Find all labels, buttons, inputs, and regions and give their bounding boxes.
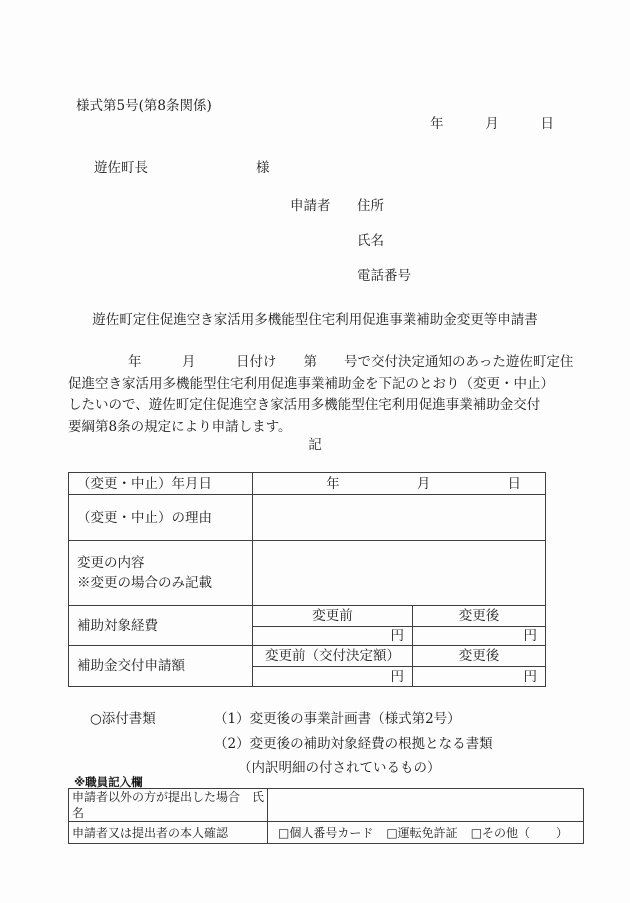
expense-before-unit: 円 (253, 627, 413, 646)
body-paragraph-line-4: 要綱第8条の規定により申請します。 (68, 419, 292, 435)
date-day-label: 日 (541, 116, 555, 132)
date-year-label: 年 (430, 116, 444, 132)
body-paragraph-line-2: 促進空き家活用多機能型住宅利用促進事業補助金を下記のとおり（変更・中止） (68, 376, 554, 392)
row-expense-label: 補助対象経費 (69, 606, 253, 646)
attachment-item-2-note: （内訳明細の付されているもの） (238, 760, 441, 776)
row-date-value-cell: 年 月 日 (253, 473, 546, 495)
attachment-item-2: （2）変更後の補助対象経費の根拠となる書類 (214, 736, 493, 752)
amount-after-header: 変更後 (413, 646, 546, 667)
body-paragraph-line-1: 年 月 日付け 第 号で交付決定通知のあった遊佐町定住 (68, 354, 568, 370)
checkbox-personal-number-card: □個人番号カード (278, 825, 373, 841)
row-reason-label: （変更・中止）の理由 (69, 495, 253, 541)
row-reason-value-cell (253, 495, 546, 541)
addressee-name: 遊佐町長 (94, 160, 148, 176)
date-month-label: 月 (485, 116, 499, 132)
checkbox-drivers-license: □運転免許証 (386, 825, 457, 841)
staff-row2-label: 申請者又は提出者の本人確認 (69, 822, 268, 844)
row-date-label: （変更・中止）年月日 (69, 473, 253, 495)
applicant-name-label: 氏名 (357, 233, 384, 249)
applicant-address-label: 住所 (357, 198, 384, 214)
ki-separator-label: 記 (0, 437, 630, 453)
row-change-label-line1: 変更の内容 (77, 553, 246, 573)
document-page: 様式第5号(第8条関係) 年 月 日 遊佐町長 様 申請者 住所 氏名 電話番号… (0, 0, 630, 903)
staff-row1-label: 申請者以外の方が提出した場合 氏名 (69, 789, 268, 822)
expense-before-header: 変更前 (253, 606, 413, 627)
document-title: 遊佐町定住促進空き家活用多機能型住宅利用促進事業補助金変更等申請書 (10, 312, 620, 328)
row-change-value-cell (253, 541, 546, 606)
amount-before-unit: 円 (253, 667, 413, 687)
attachment-item-1: （1）変更後の事業計画書（様式第2号） (214, 711, 461, 727)
table-date-day-label: 日 (440, 476, 539, 492)
table-date-month-label: 月 (350, 476, 441, 492)
body-paragraph-line-3: したいので、遊佐町定住促進空き家活用多機能型住宅利用促進事業補助金交付 (68, 397, 540, 413)
expense-after-header: 変更後 (413, 606, 546, 627)
staff-entry-table: 申請者以外の方が提出した場合 氏名 申請者又は提出者の本人確認 □個人番号カード… (68, 788, 584, 844)
applicant-phone-label: 電話番号 (357, 268, 411, 284)
amount-after-unit: 円 (413, 667, 546, 687)
checkbox-other-close-paren: ） (556, 825, 580, 841)
expense-after-unit: 円 (413, 627, 546, 646)
staff-row1-value-cell (268, 789, 584, 822)
header-date-line: 年 月 日 (430, 116, 554, 132)
row-amount-label: 補助金交付申請額 (69, 646, 253, 687)
amount-before-header: 変更前（交付決定額） (253, 646, 413, 667)
applicant-label: 申請者 (290, 198, 331, 214)
row-change-label: 変更の内容 ※変更の場合のみ記載 (69, 541, 253, 606)
row-change-label-line2: ※変更の場合のみ記載 (77, 573, 246, 593)
table-date-year-label: 年 (259, 476, 350, 492)
form-number: 様式第5号(第8条関係) (76, 98, 212, 114)
checkbox-other: □その他（ (471, 825, 530, 841)
main-form-table: （変更・中止）年月日 年 月 日 （変更・中止）の理由 変更の内容 ※変更の場合… (68, 472, 546, 687)
addressee-honorific: 様 (256, 160, 270, 176)
staff-row2-options-cell: □個人番号カード □運転免許証 □その他（ ） (268, 822, 584, 844)
attachments-heading: ○添付書類 (90, 711, 156, 727)
